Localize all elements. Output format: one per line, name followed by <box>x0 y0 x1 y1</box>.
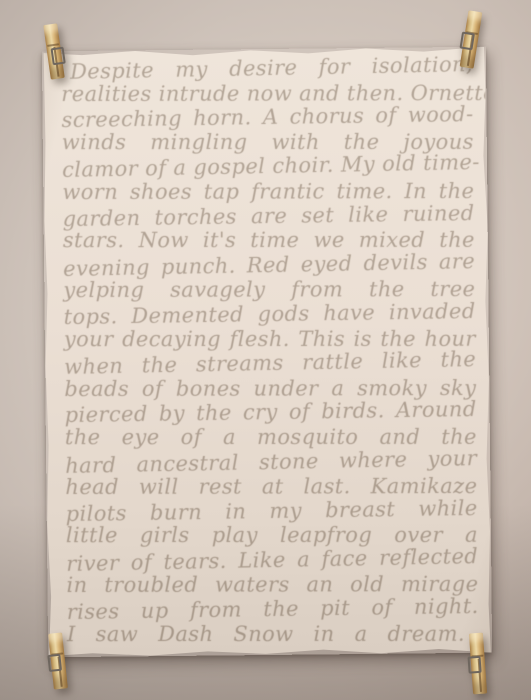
poem-line: clamor of a gospel choir. My old time- <box>62 150 474 182</box>
poem-line: screeching horn. A chorus of wood- <box>61 102 473 133</box>
paper-surface: Despite my desire for isolation, realiti… <box>42 47 492 658</box>
poem-line: I saw Dash Snow in a dream. <box>67 621 479 646</box>
clothespin-spring-icon <box>51 47 66 66</box>
clothespin-spring-icon <box>47 654 62 672</box>
clothespin-spring-icon <box>468 656 482 674</box>
poem-line: rises up from the pit of night. <box>67 594 479 625</box>
poem-line: stars. Now it's time we mixed the <box>63 228 475 253</box>
poem-line: tops. Demented gods have invaded <box>63 299 475 330</box>
poem-line: worn shoes tap frantic time. In the <box>62 179 474 205</box>
poem-line: pierced by the cry of birds. Around <box>64 397 476 428</box>
paper-sheet: Despite my desire for isolation, realiti… <box>42 47 492 658</box>
clothespin-spring-icon <box>460 31 475 50</box>
poem-text: Despite my desire for isolation, realiti… <box>42 47 492 649</box>
poem-line: the eye of a mosquito and the <box>65 425 477 450</box>
poem-line: Despite my desire for isolation, <box>61 52 473 84</box>
photo-scene: Despite my desire for isolation, realiti… <box>0 0 531 700</box>
poem-line: pilots burn in my breast while <box>66 496 478 527</box>
poem-line: when the streams rattle like the <box>64 347 476 379</box>
poem-line: garden torches are set like ruined <box>62 200 474 231</box>
